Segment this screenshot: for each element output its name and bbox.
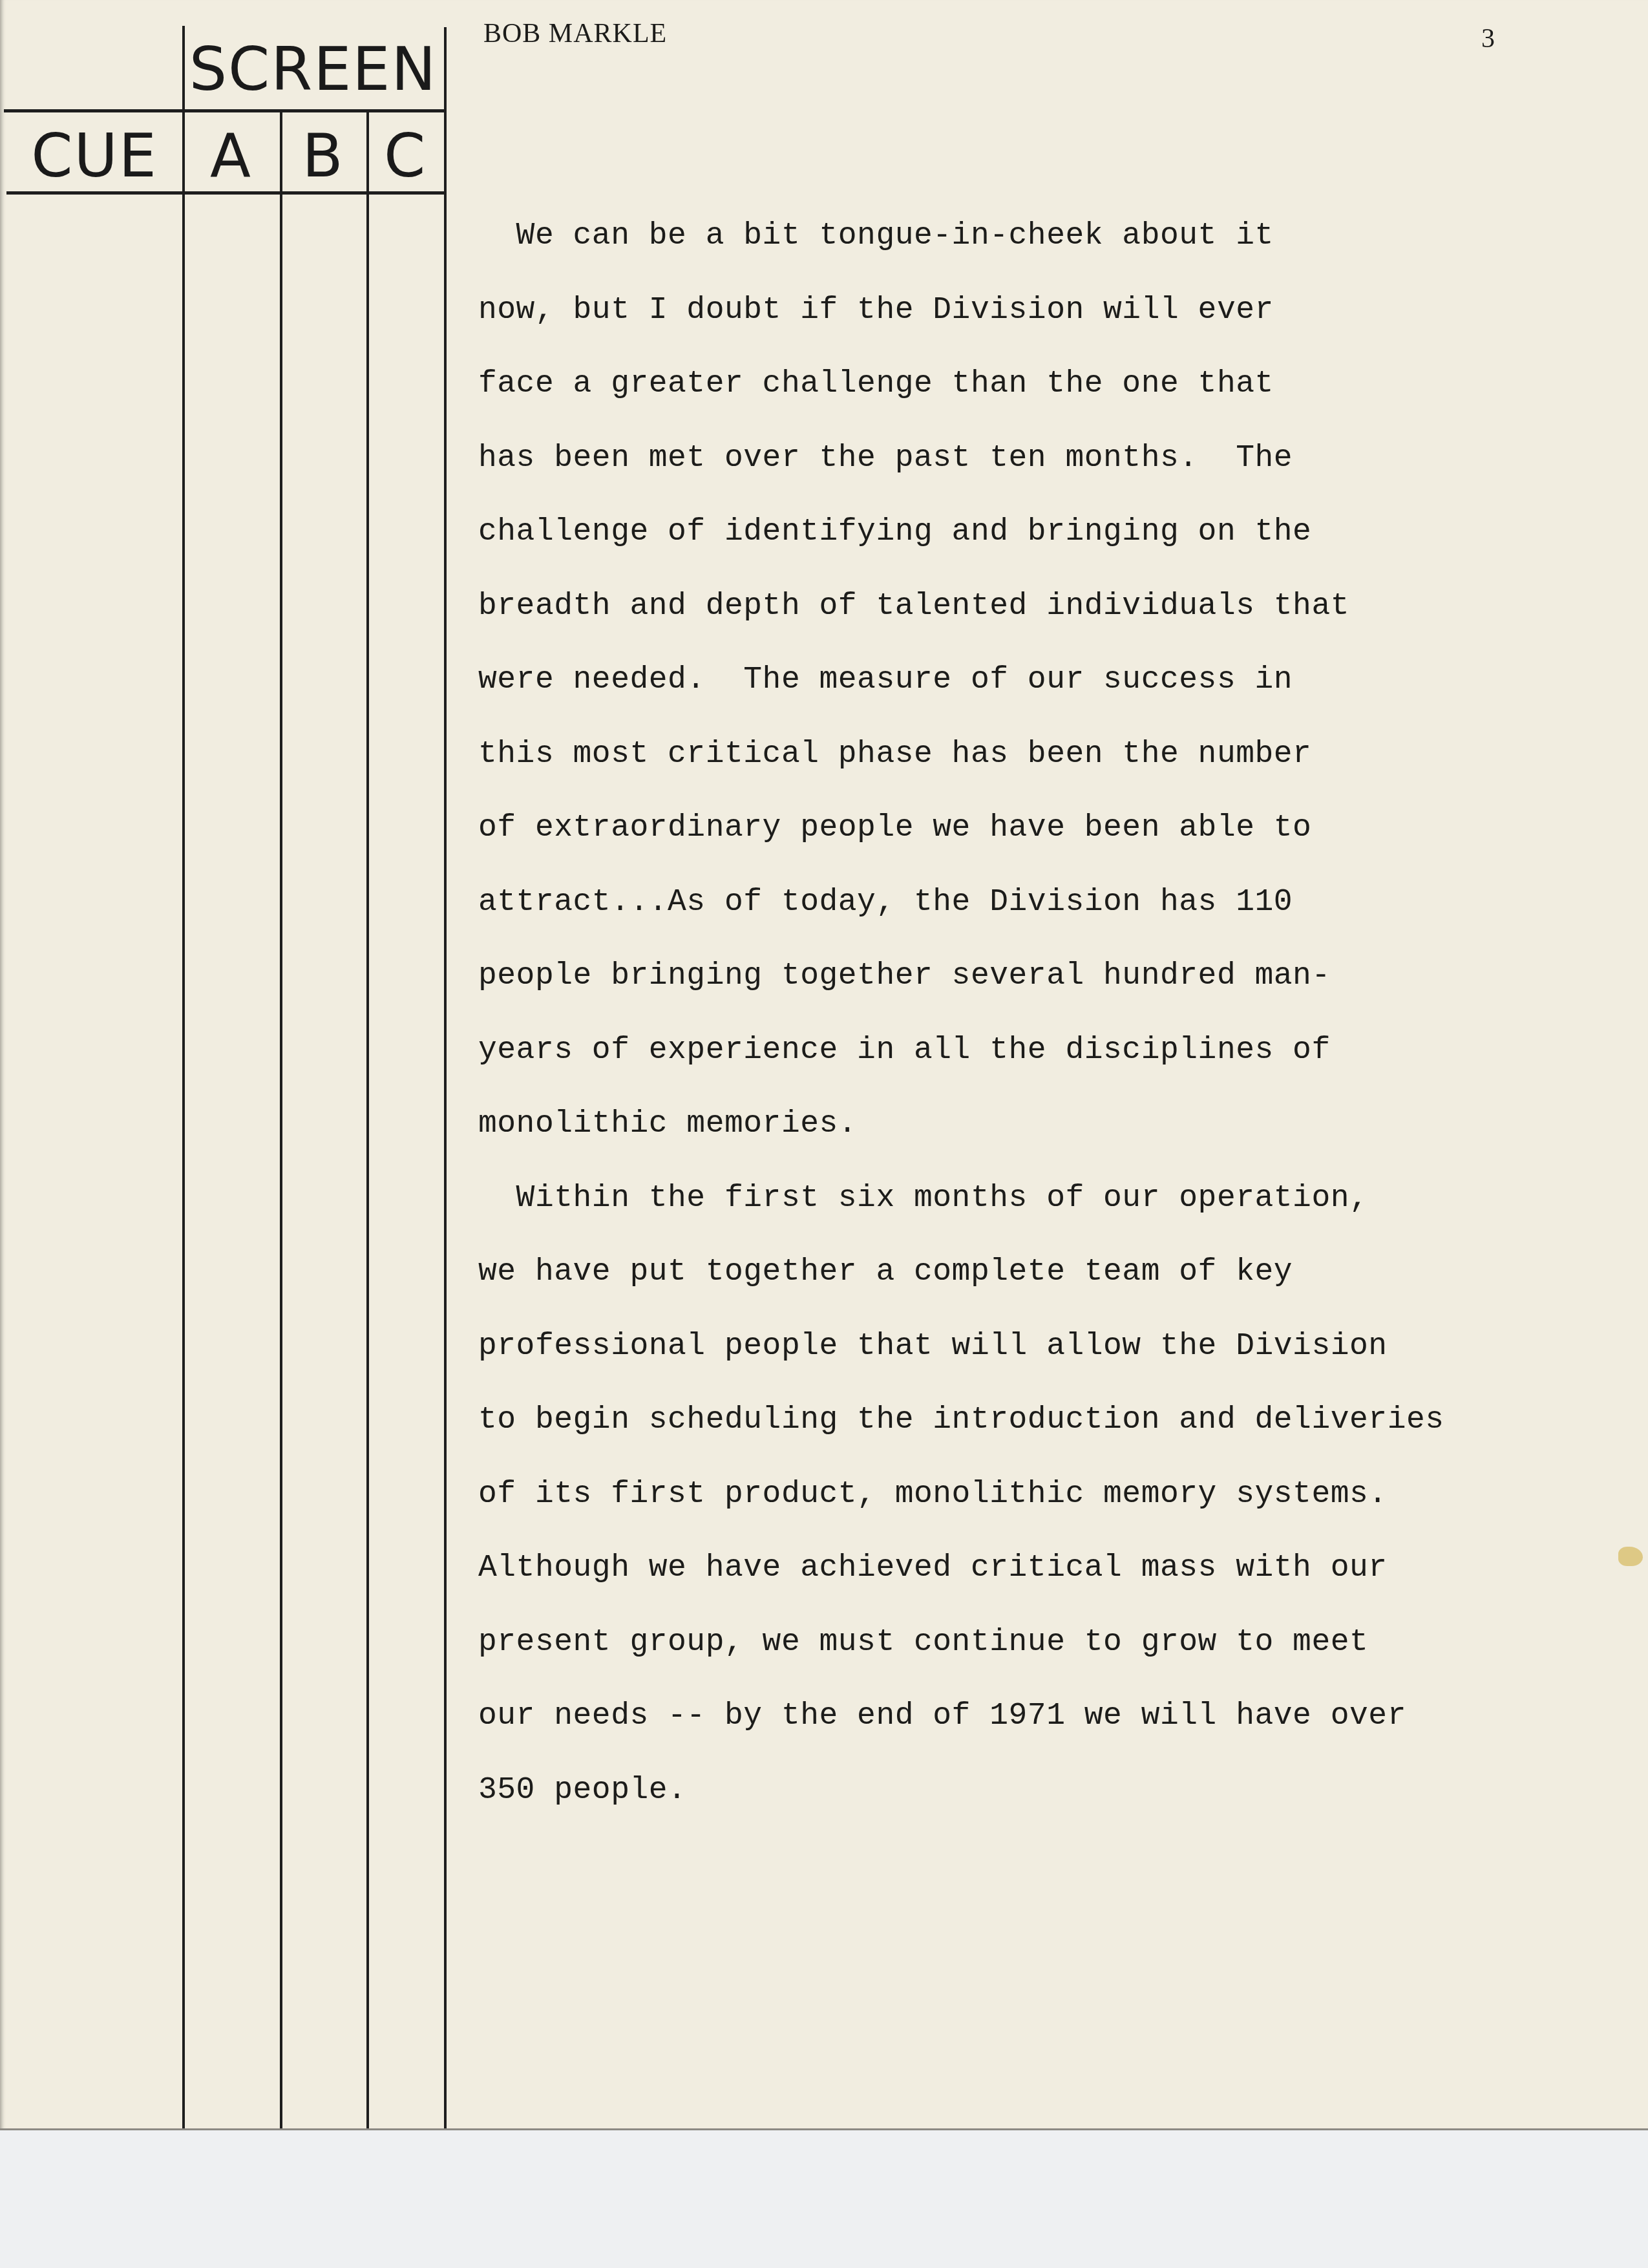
body-line: face a greater challenge than the one th…	[478, 347, 1444, 421]
page-number: 3	[1481, 23, 1495, 54]
body-line: professional people that will allow the …	[478, 1309, 1444, 1384]
body-line: Within the first six months of our opera…	[478, 1161, 1444, 1236]
body-line: now, but I doubt if the Division will ev…	[478, 273, 1444, 348]
body-line: of its first product, monolithic memory …	[478, 1457, 1444, 1532]
body-line: breadth and depth of talented individual…	[478, 569, 1444, 644]
body-line: years of experience in all the disciplin…	[478, 1013, 1444, 1088]
screen-column-a: A	[182, 127, 280, 186]
body-line: present group, we must continue to grow …	[478, 1606, 1444, 1680]
body-line: We can be a bit tongue-in-cheek about it	[478, 199, 1444, 273]
body-line: our needs -- by the end of 1971 we will …	[478, 1679, 1444, 1754]
body-line: monolithic memories.	[478, 1087, 1444, 1161]
body-line: to begin scheduling the introduction and…	[478, 1383, 1444, 1457]
body-line: Although we have achieved critical mass …	[478, 1531, 1444, 1606]
cue-column-header: CUE	[6, 127, 182, 186]
screen-column-header: SCREEN	[182, 40, 444, 100]
body-line: of extraordinary people we have been abl…	[478, 791, 1444, 865]
body-line: were needed. The measure of our success …	[478, 643, 1444, 717]
grid-line-b-c	[366, 110, 369, 2128]
body-line: this most critical phase has been the nu…	[478, 717, 1444, 792]
grid-line-header-bottom	[6, 191, 447, 195]
grid-line-cue-right	[182, 26, 185, 2128]
body-line: attract...As of today, the Division has …	[478, 865, 1444, 940]
body-line: people bringing together several hundred…	[478, 939, 1444, 1013]
body-line: 350 people.	[478, 1754, 1444, 1828]
screen-column-c: C	[366, 127, 444, 186]
script-page: SCREEN CUE A B C BOB MARKLE 3 We can be …	[0, 0, 1648, 2130]
body-line: challenge of identifying and bringing on…	[478, 495, 1444, 569]
script-body: We can be a bit tongue-in-cheek about it…	[478, 199, 1444, 1827]
grid-line-screen-right	[444, 27, 447, 2128]
speaker-name: BOB MARKLE	[483, 18, 667, 49]
paper-stain	[1618, 1547, 1643, 1566]
grid-line-header-top	[4, 109, 447, 112]
body-line: has been met over the past ten months. T…	[478, 421, 1444, 496]
body-line: we have put together a complete team of …	[478, 1235, 1444, 1309]
grid-line-a-b	[280, 110, 282, 2128]
screen-column-b: B	[280, 127, 366, 186]
